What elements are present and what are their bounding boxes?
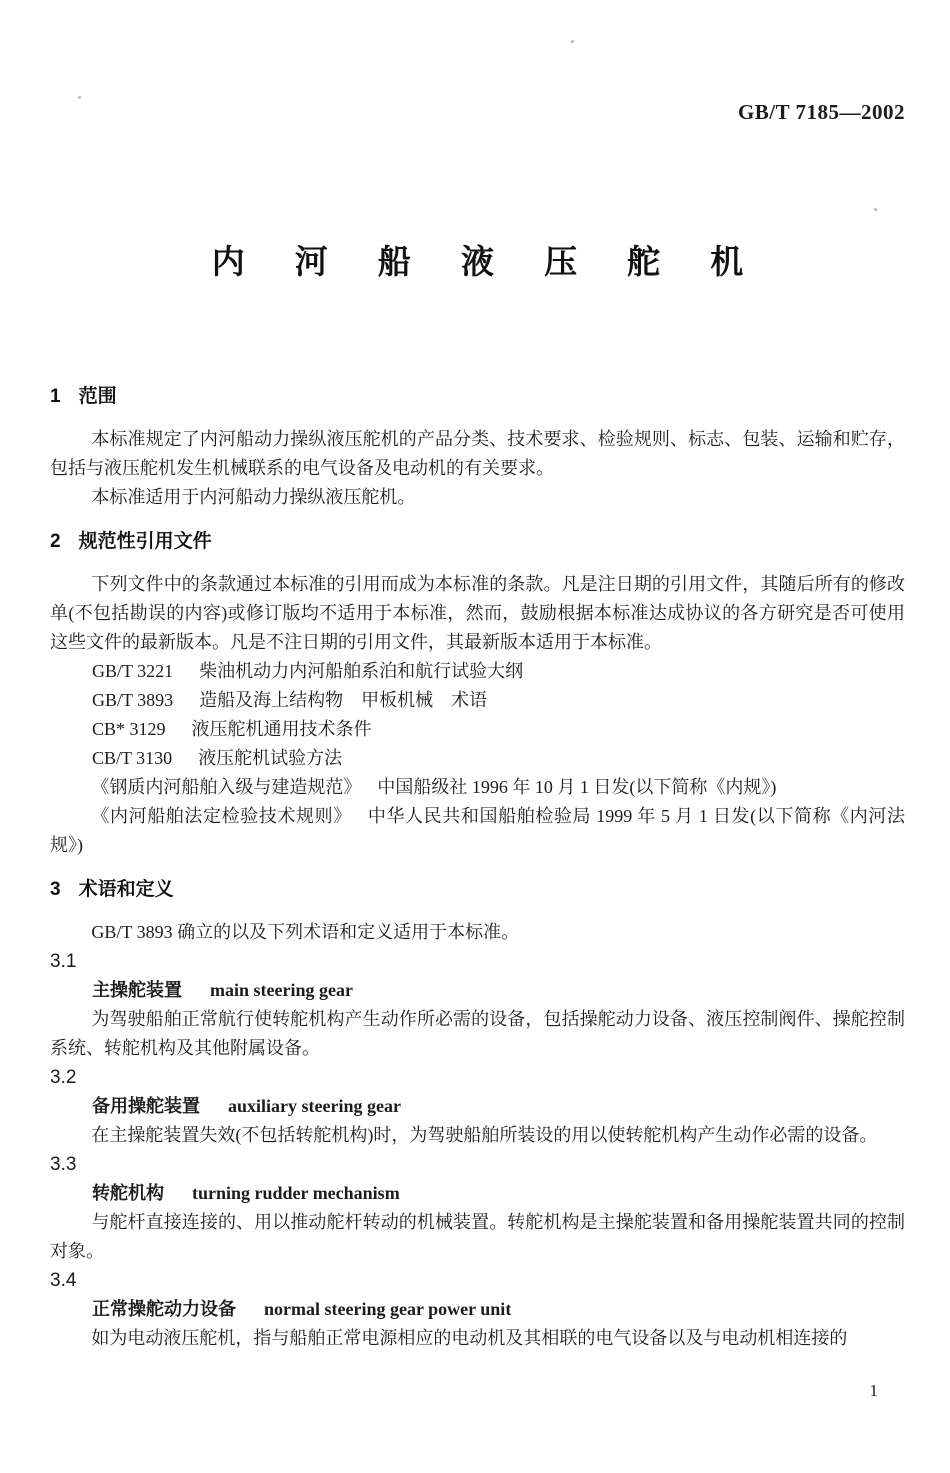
clause-2-heading: 2规范性引用文件 [50, 527, 905, 556]
reference-item: GB/T 3221柴油机动力内河船舶系泊和航行试验大纲 [50, 657, 905, 686]
reference-code: CB/T 3130 [92, 744, 172, 773]
term-definition: 为驾驶船舶正常航行使转舵机构产生动作所必需的设备，包括操舵动力设备、液压控制阀件… [50, 1005, 905, 1063]
clause-3-terms-definitions: 3术语和定义 GB/T 3893 确立的以及下列术语和定义适用于本标准。 3.1… [50, 875, 905, 1353]
term-english: main steering gear [210, 980, 353, 1000]
scan-speck [571, 40, 574, 43]
term-3-1: 3.1 主操舵装置main steering gear 为驾驶船舶正常航行使转舵… [50, 947, 905, 1063]
reference-name: 造船及海上结构物 甲板机械 术语 [199, 690, 487, 710]
term-number: 3.4 [50, 1266, 905, 1295]
term-heading: 备用操舵装置auxiliary steering gear [50, 1092, 905, 1121]
term-english: auxiliary steering gear [228, 1096, 401, 1116]
clause-1-scope: 1范围 本标准规定了内河船动力操纵液压舵机的产品分类、技术要求、检验规则、标志、… [50, 382, 905, 512]
reference-name: 柴油机动力内河船舶系泊和航行试验大纲 [199, 661, 523, 681]
standard-code: GB/T 7185—2002 [50, 0, 905, 126]
reference-item: CB/T 3130液压舵机试验方法 [50, 744, 905, 773]
reference-code: GB/T 3221 [92, 657, 173, 686]
reference-code: GB/T 3893 [92, 686, 173, 715]
clause-number: 3 [50, 875, 61, 904]
term-heading: 转舵机构turning rudder mechanism [50, 1179, 905, 1208]
reference-document-title: 《钢质内河船舶入级与建造规范》 [91, 777, 361, 797]
clause-3-intro: GB/T 3893 确立的以及下列术语和定义适用于本标准。 [50, 918, 905, 947]
term-number: 3.1 [50, 947, 905, 976]
term-chinese: 备用操舵装置 [92, 1096, 200, 1116]
reference-item: GB/T 3893造船及海上结构物 甲板机械 术语 [50, 686, 905, 715]
term-heading: 主操舵装置main steering gear [50, 976, 905, 1005]
term-english: normal steering gear power unit [264, 1299, 511, 1319]
scan-speck [874, 208, 877, 211]
reference-document-title: 《内河船舶法定检验技术规则》 [91, 806, 351, 826]
reference-document-info: 中国船级社 1996 年 10 月 1 日发(以下简称《内规》) [377, 777, 776, 797]
scan-speck [78, 96, 81, 99]
page-content: GB/T 7185—2002 内 河 船 液 压 舵 机 1范围 本标准规定了内… [0, 0, 950, 1353]
clause-number: 2 [50, 527, 61, 556]
term-number: 3.3 [50, 1150, 905, 1179]
term-english: turning rudder mechanism [192, 1183, 400, 1203]
term-heading: 正常操舵动力设备normal steering gear power unit [50, 1295, 905, 1324]
clause-title: 规范性引用文件 [79, 531, 212, 552]
document-title: 内 河 船 液 压 舵 机 [50, 238, 905, 286]
clause-title: 术语和定义 [79, 879, 174, 900]
clause-number: 1 [50, 382, 61, 411]
term-3-4: 3.4 正常操舵动力设备normal steering gear power u… [50, 1266, 905, 1353]
clause-title: 范围 [79, 386, 117, 407]
term-definition: 如为电动液压舵机，指与船舶正常电源相应的电动机及其相联的电气设备以及与电动机相连… [50, 1324, 905, 1353]
clause-2-normative-references: 2规范性引用文件 下列文件中的条款通过本标准的引用而成为本标准的条款。凡是注日期… [50, 527, 905, 860]
term-number: 3.2 [50, 1063, 905, 1092]
clause-1-heading: 1范围 [50, 382, 905, 411]
term-chinese: 主操舵装置 [92, 980, 182, 1000]
document-page: GB/T 7185—2002 内 河 船 液 压 舵 机 1范围 本标准规定了内… [0, 0, 950, 1473]
clause-2-paragraph-1: 下列文件中的条款通过本标准的引用而成为本标准的条款。凡是注日期的引用文件，其随后… [50, 570, 905, 657]
page-number: 1 [870, 1381, 879, 1401]
term-definition: 与舵杆直接连接的、用以推动舵杆转动的机械装置。转舵机构是主操舵装置和备用操舵装置… [50, 1208, 905, 1266]
reference-name: 液压舵机试验方法 [198, 748, 342, 768]
term-definition: 在主操舵装置失效(不包括转舵机构)时，为驾驶船舶所装设的用以使转舵机构产生动作必… [50, 1121, 905, 1150]
reference-name: 液压舵机通用技术条件 [192, 719, 372, 739]
term-chinese: 转舵机构 [92, 1183, 164, 1203]
clause-3-heading: 3术语和定义 [50, 875, 905, 904]
term-chinese: 正常操舵动力设备 [92, 1299, 236, 1319]
reference-code: CB* 3129 [92, 715, 166, 744]
reference-item: CB* 3129液压舵机通用技术条件 [50, 715, 905, 744]
term-3-3: 3.3 转舵机构turning rudder mechanism 与舵杆直接连接… [50, 1150, 905, 1266]
clause-1-paragraph-2: 本标准适用于内河船动力操纵液压舵机。 [50, 483, 905, 512]
reference-document: 《钢质内河船舶入级与建造规范》中国船级社 1996 年 10 月 1 日发(以下… [50, 773, 905, 802]
term-3-2: 3.2 备用操舵装置auxiliary steering gear 在主操舵装置… [50, 1063, 905, 1150]
clause-1-paragraph-1: 本标准规定了内河船动力操纵液压舵机的产品分类、技术要求、检验规则、标志、包装、运… [50, 425, 905, 483]
reference-document: 《内河船舶法定检验技术规则》中华人民共和国船舶检验局 1999 年 5 月 1 … [50, 802, 905, 860]
